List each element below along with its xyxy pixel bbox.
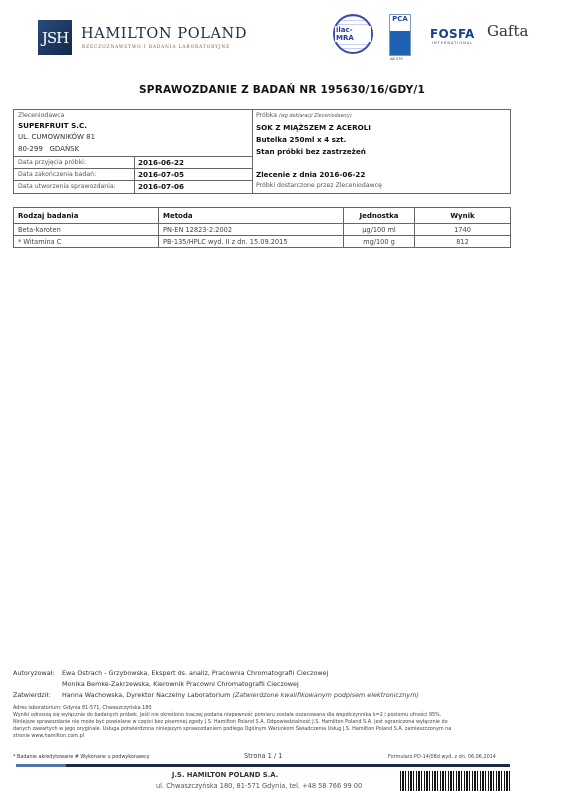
test-type: * Witamina C xyxy=(14,236,159,248)
date-completed-label: Data zakończenia badań: xyxy=(18,171,96,178)
company-name: HAMILTON POLAND xyxy=(81,26,247,42)
page-number: Strona 1 / 1 xyxy=(244,752,283,760)
unit: µg/100 ml xyxy=(344,224,415,236)
approved-note: (Zatwierdzone kwalifikowanym podpisem el… xyxy=(232,691,419,699)
table-row: * Witamina C PB-135/HPLC wyd. II z dn. 1… xyxy=(14,236,511,248)
sample-condition: Stan próbki bez zastrzeżeń xyxy=(256,147,366,156)
fosfa-logo-icon: FOSFA xyxy=(430,27,475,41)
approved-person: Hanna Wachowska, Dyrektor Naczelny Labor… xyxy=(62,691,230,699)
pca-logo-icon: PCA xyxy=(389,14,411,56)
date-created-value: 2016-07-06 xyxy=(138,182,184,191)
logo-monogram-text: JSH xyxy=(42,29,68,47)
sample-packaging: Butelka 250ml x 4 szt. xyxy=(256,135,346,144)
approved-by: Hanna Wachowska, Dyrektor Naczelny Labor… xyxy=(62,691,419,699)
company-tagline: RZECZOZNAWSTWO I BADANIA LABORATORYJNE xyxy=(82,45,230,50)
ilac-mra-logo-icon: ilac-MRA xyxy=(333,14,373,54)
results-header-row: Rodzaj badania Metoda Jednostka Wynik xyxy=(14,208,511,224)
disclaimer-line: danych zawartych w jego oryginale. Usług… xyxy=(13,726,553,733)
pca-label: PCA xyxy=(390,15,410,24)
client-name: SUPERFRUIT S.C. xyxy=(18,121,87,130)
sample-label-note: (wg deklaracji Zleceniodawcy) xyxy=(279,114,352,119)
date-created-label: Data utworzenia sprawozdania: xyxy=(18,183,116,190)
unit: mg/100 g xyxy=(344,236,415,248)
col-unit: Jednostka xyxy=(344,208,415,224)
pca-code: AB 079 xyxy=(390,57,403,61)
results-table: Rodzaj badania Metoda Jednostka Wynik Be… xyxy=(13,207,511,248)
sample-label-text: Próbka xyxy=(256,112,277,119)
authorized-person-1: Ewa Ostrach - Grzybowska, Ekspert ds. an… xyxy=(62,669,328,677)
method: PN-EN 12823-2:2002 xyxy=(159,224,344,236)
disclaimer-line: stronie www.hamilton.com.pl xyxy=(13,733,553,740)
table-row: Beta-karoten PN-EN 12823-2:2002 µg/100 m… xyxy=(14,224,511,236)
footer-legend: * Badanie akredytowane # Wykonane u podw… xyxy=(13,754,150,760)
footer-company: J.S. HAMILTON POLAND S.A. xyxy=(0,771,450,779)
date-received-value: 2016-06-22 xyxy=(138,158,184,167)
company-logo-monogram: JSH xyxy=(38,20,72,55)
gafta-logo-icon: Gafta xyxy=(487,22,528,40)
info-box: Zleceniodawca SUPERFRUIT S.C. UL. CUMOWN… xyxy=(13,109,511,194)
method: PB-135/HPLC wyd. II z dn. 15.09.2015 xyxy=(159,236,344,248)
result: 1740 xyxy=(415,224,511,236)
client-city: 80-299 GDAŃSK xyxy=(18,145,79,153)
report-title: SPRAWOZDANIE Z BADAŃ NR 195630/16/GDY/1 xyxy=(0,84,564,96)
sample-delivery: Próbki dostarczone przez Zleceniodawcę xyxy=(256,182,382,189)
authorized-label: Autoryzował: xyxy=(13,669,55,677)
pca-blue-panel xyxy=(390,31,410,55)
test-type: Beta-karoten xyxy=(14,224,159,236)
approved-label: Zatwierdził: xyxy=(13,691,50,699)
date-completed-value: 2016-07-05 xyxy=(138,170,184,179)
sample-label: Próbka (wg deklaracji Zleceniodawcy) xyxy=(256,112,352,119)
disclaimer: Adres laboratorium: Gdynia 81-571, Chwas… xyxy=(13,705,553,740)
barcode-icon xyxy=(400,771,510,791)
fosfa-sub: INTERNATIONAL xyxy=(432,41,473,45)
form-number: Formularz PO-14/08d wyd. z dn. 06.06.201… xyxy=(388,754,496,760)
footer-address: ul. Chwaszczyńska 180, 81-571 Gdynia, te… xyxy=(156,782,362,790)
col-test-type: Rodzaj badania xyxy=(14,208,159,224)
footer-accent-bar xyxy=(16,764,66,767)
client-street: UL. CUMOWNIKÓW 81 xyxy=(18,133,95,141)
ilac-label: ilac-MRA xyxy=(335,26,371,42)
authorized-person-2: Monika Bemke-Zakrzewska, Kierownik Praco… xyxy=(62,680,299,688)
date-received-label: Data przyjęcia próbki: xyxy=(18,159,86,166)
sample-name: SOK Z MIĄŻSZEM Z ACEROLI xyxy=(256,123,371,132)
col-result: Wynik xyxy=(415,208,511,224)
footer-main-bar xyxy=(66,764,510,767)
order-date: Zlecenie z dnia 2016-06-22 xyxy=(256,170,365,179)
result: 812 xyxy=(415,236,511,248)
client-label: Zleceniodawca xyxy=(18,112,64,119)
col-method: Metoda xyxy=(159,208,344,224)
